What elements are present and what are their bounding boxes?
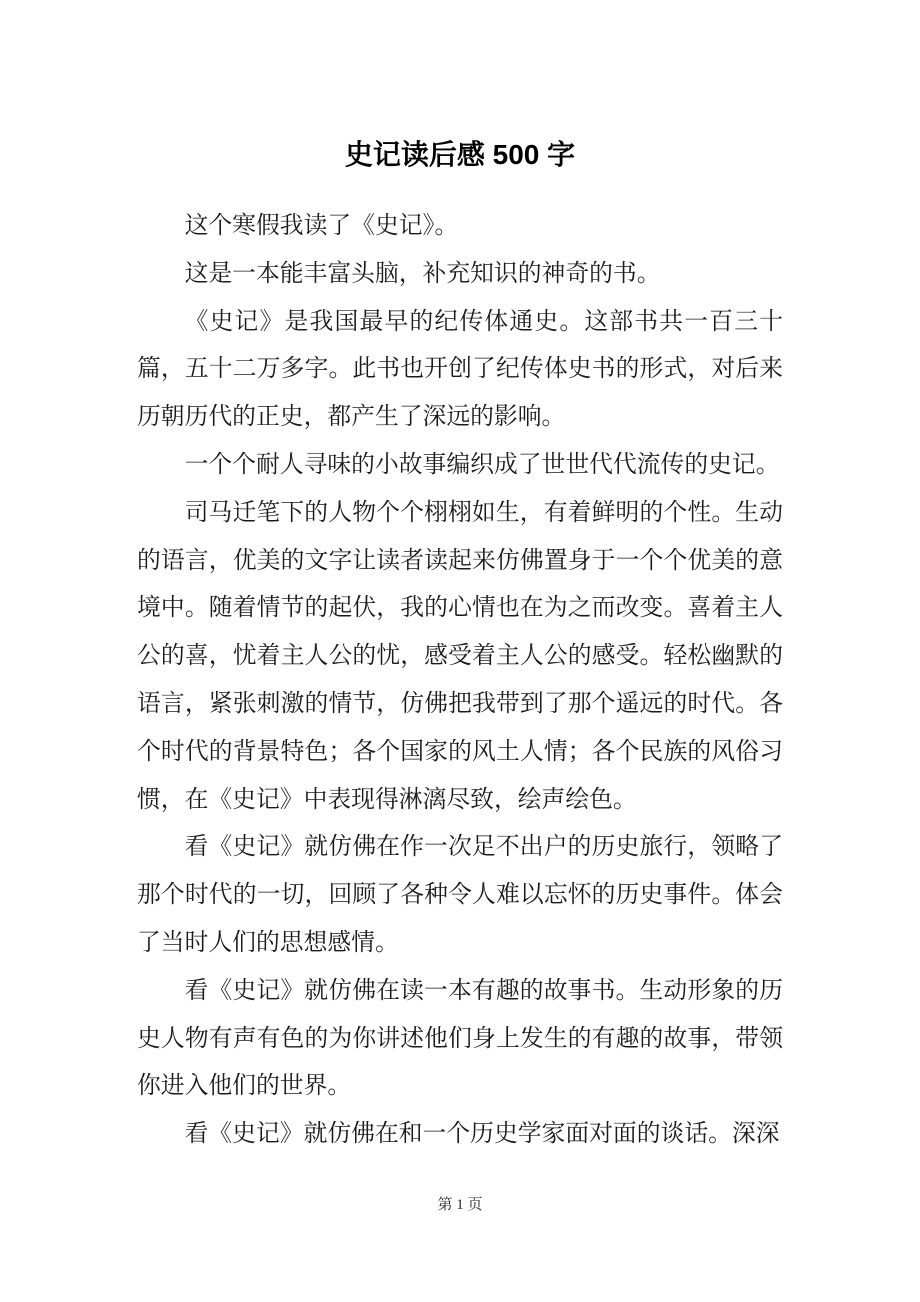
page-number-label: 第 1 页 [437, 1197, 482, 1213]
paragraph: 一个个耐人寻味的小故事编织成了世世代代流传的史记。 [137, 442, 783, 490]
document-title: 史记读后感 500 字 [137, 131, 783, 179]
paragraph: 《史记》是我国最早的纪传体通史。这部书共一百三十篇，五十二万多字。此书也开创了纪… [137, 299, 783, 442]
paragraph: 这是一本能丰富头脑，补充知识的神奇的书。 [137, 251, 783, 299]
paragraph: 看《史记》就仿佛在作一次足不出户的历史旅行，领略了那个时代的一切，回顾了各种令人… [137, 824, 783, 967]
document-page: 史记读后感 500 字 这个寒假我读了《史记》。这是一本能丰富头脑，补充知识的神… [0, 0, 920, 1302]
paragraph: 看《史记》就仿佛在读一本有趣的故事书。生动形象的历史人物有声有色的为你讲述他们身… [137, 968, 783, 1111]
paragraph: 司马迁笔下的人物个个栩栩如生，有着鲜明的个性。生动的语言，优美的文字让读者读起来… [137, 490, 783, 825]
document-body: 这个寒假我读了《史记》。这是一本能丰富头脑，补充知识的神奇的书。《史记》是我国最… [137, 203, 783, 1159]
paragraph: 看《史记》就仿佛在和一个历史学家面对面的谈话。深深 [137, 1111, 783, 1159]
page-footer: 第 1 页 [0, 1195, 920, 1215]
paragraph: 这个寒假我读了《史记》。 [137, 203, 783, 251]
